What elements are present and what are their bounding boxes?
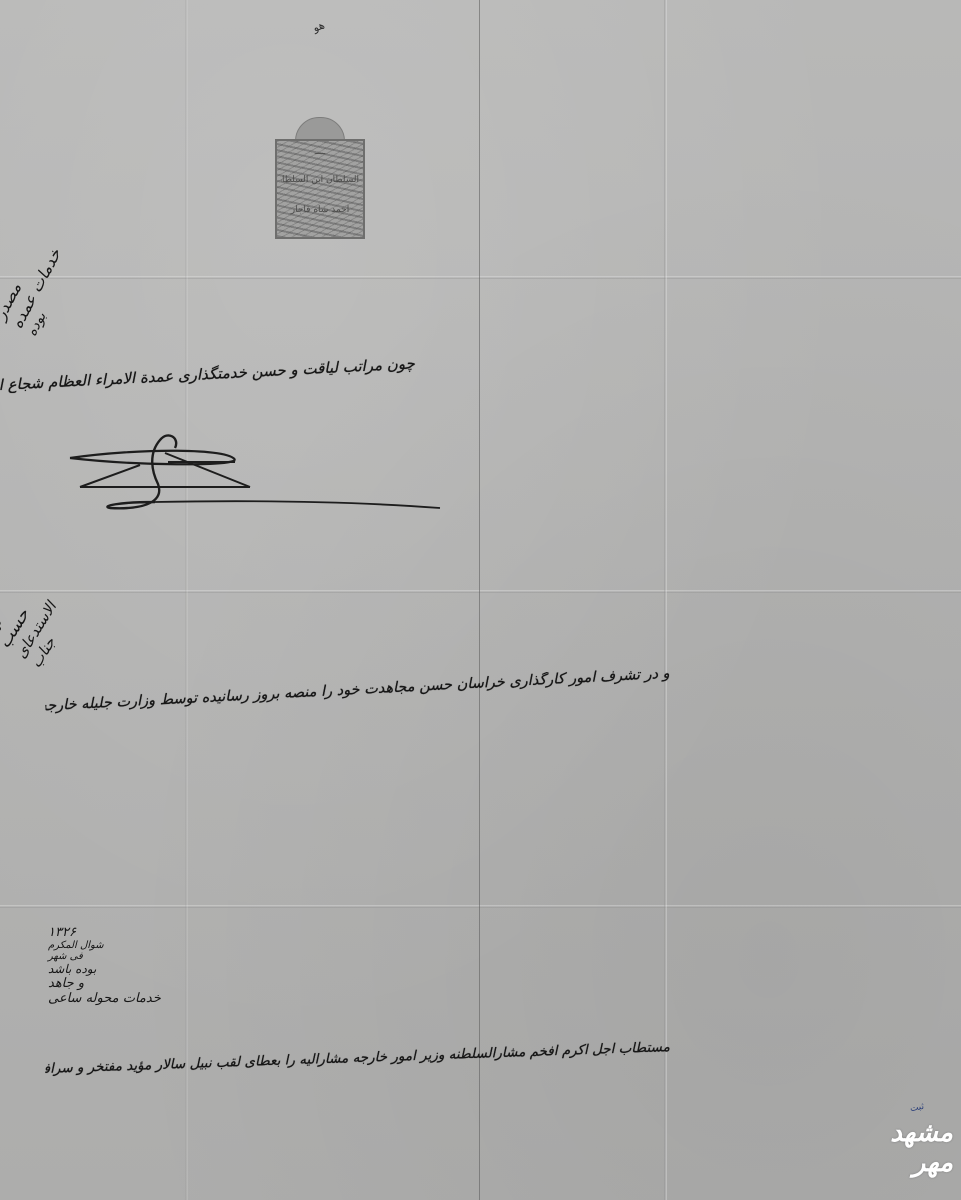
fold-crease (0, 590, 961, 593)
center-fold (479, 0, 480, 1200)
margin-note-1: مصدر خدمات عمده بوده (0, 236, 79, 339)
margin-text: خدمات محوله ساعی (48, 991, 161, 1006)
seal-body: ــــ السلطان ابن السلطان احمد شاه قاجار (275, 139, 365, 239)
invocation-mark: هو (311, 18, 326, 34)
margin-text: و جاهد (48, 976, 84, 991)
ink-note: ثبت (909, 1102, 925, 1114)
decree-line-1: چون مراتب لیاقت و حسن خدمتگذاری عمدة الا… (45, 354, 415, 391)
margin-text: بوده باشد (48, 962, 96, 976)
fold-crease (0, 276, 961, 279)
decree-line-3: مستطاب اجل اکرم افخم مشارالسلطنه وزیر ام… (45, 1039, 670, 1077)
decree-line-2: و در تشرف امور کارگذاری خراسان حسن مجاهد… (45, 666, 670, 715)
seal-text-line: ــــ (281, 147, 359, 157)
fold-crease (185, 0, 188, 1200)
margin-note-3: ۱۳۲۶ شوال المکرم فی شهر بوده باشد و جاهد… (48, 925, 161, 1006)
fold-crease (664, 0, 667, 1200)
signature (60, 430, 450, 515)
seal-text-line: السلطان ابن السلطان (281, 175, 359, 185)
date-month: شوال المکرم (48, 940, 104, 951)
date-year: ۱۳۲۶ (48, 925, 76, 940)
document-paper: هو ــــ السلطان ابن السلطان احمد شاه قاج… (0, 0, 961, 1200)
margin-text: فی شهر (48, 951, 83, 962)
royal-seal-stamp: ــــ السلطان ابن السلطان احمد شاه قاجار (275, 117, 363, 238)
seal-text-line: احمد شاه قاجار (281, 205, 359, 215)
fold-crease (0, 905, 961, 908)
watermark-logo: مشهد مهر (848, 1118, 953, 1178)
margin-note-2: لهذا حسب الاستدعای جناب (0, 580, 75, 671)
